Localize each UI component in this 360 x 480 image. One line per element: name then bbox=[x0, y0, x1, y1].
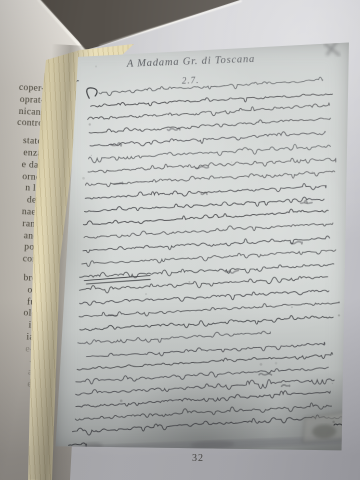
photo-of-open-book: coper-oprat-nicanicontrostatoenzae dalor… bbox=[0, 0, 360, 480]
left-page-text-fragment: e bbox=[0, 378, 32, 392]
manuscript-facsimile: A Madama Gr. di Toscana2.7. bbox=[55, 40, 351, 452]
left-page-text-fragment: con bbox=[0, 253, 38, 267]
manuscript-heading-number: 2.7. bbox=[182, 75, 200, 86]
page-number: 32 bbox=[183, 453, 213, 464]
handwriting-svg: A Madama Gr. di Toscana2.7. bbox=[55, 40, 351, 452]
manuscript-heading: A Madama Gr. di Toscana bbox=[126, 54, 256, 70]
left-page-text-fragment: contro bbox=[0, 117, 43, 131]
